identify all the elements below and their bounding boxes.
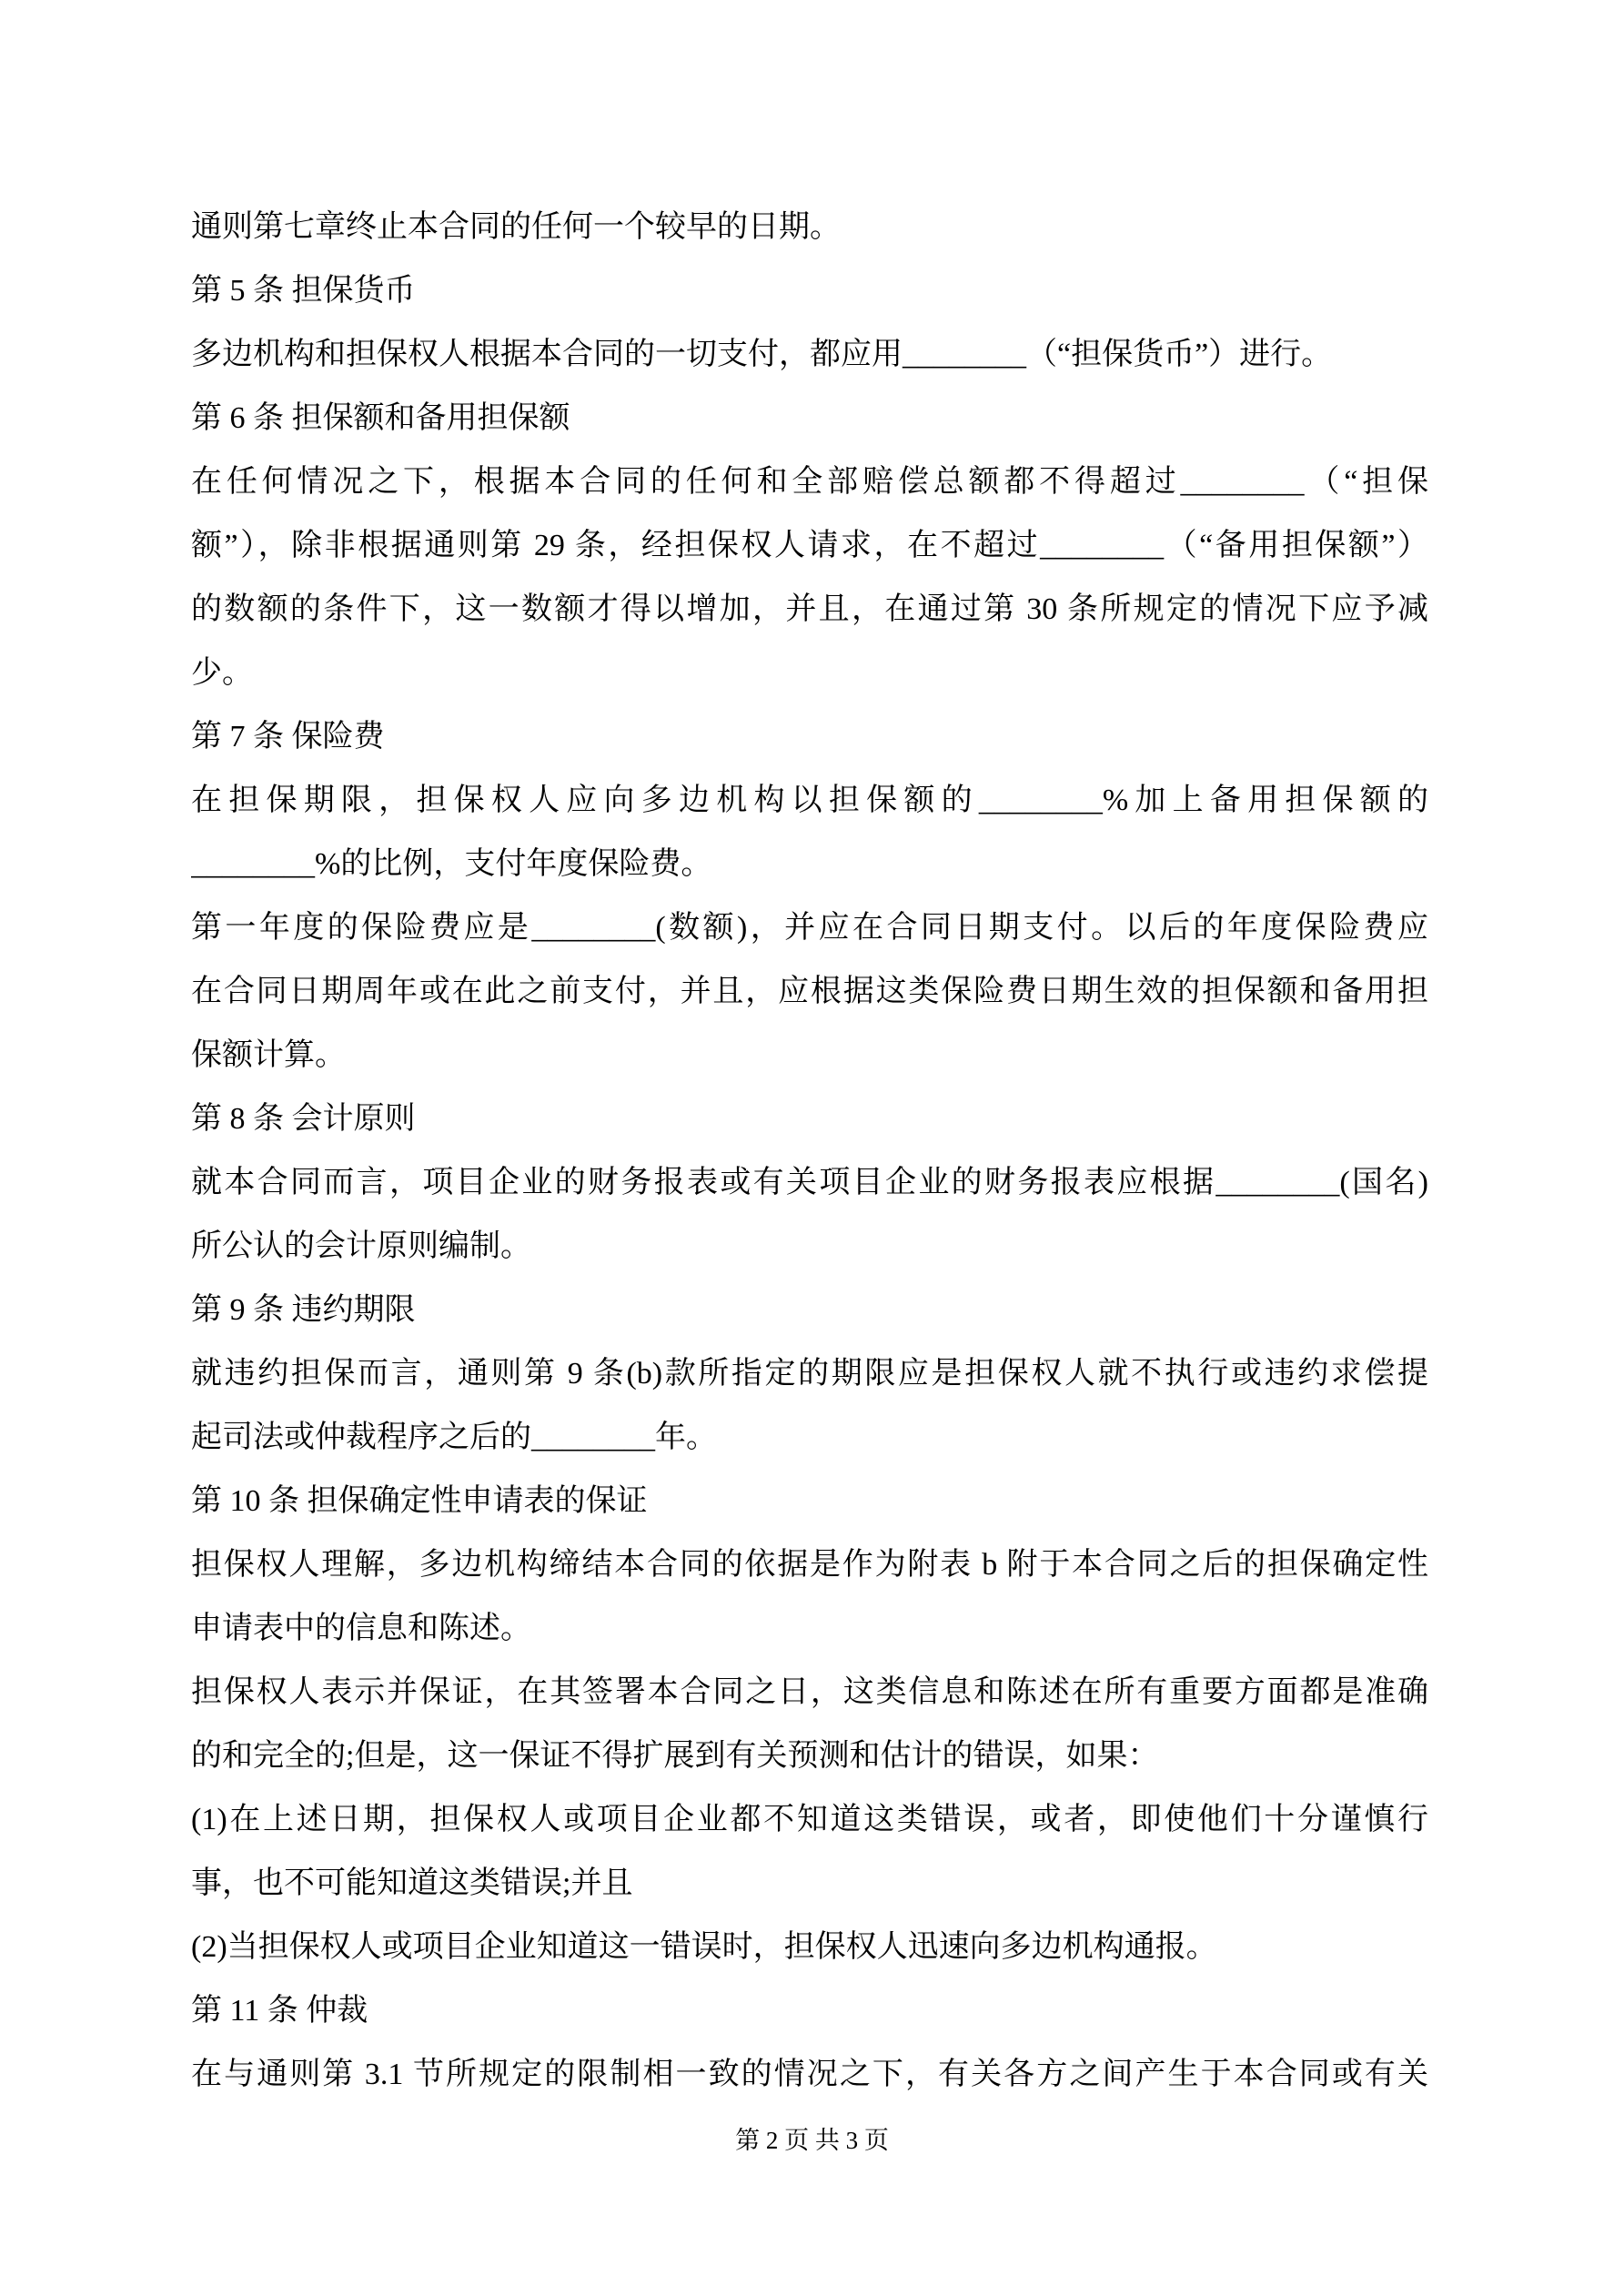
text-line: 在合同日期周年或在此之前支付，并且，应根据这类保险费日期生效的担保额和备用担	[191, 960, 1428, 1024]
text-line: (2)当担保权人或项目企业知道这一错误时，担保权人迅速向多边机构通报。	[191, 1916, 1428, 1979]
text-line: 少。	[191, 642, 1428, 705]
text-line: 第 9 条 违约期限	[191, 1279, 1428, 1342]
page-number: 第 2 页 共 3 页	[0, 2122, 1624, 2159]
text-line: 在任何情况之下，根据本合同的任何和全部赔偿总额都不得超过________（“担保	[191, 450, 1428, 514]
text-line: ________%的比例，支付年度保险费。	[191, 833, 1428, 896]
document-body: 通则第七章终止本合同的任何一个较早的日期。第 5 条 担保货币多边机构和担保权人…	[191, 196, 1428, 2107]
text-line: 第 7 条 保险费	[191, 705, 1428, 769]
text-line: 第 8 条 会计原则	[191, 1087, 1428, 1151]
text-line: 担保权人表示并保证，在其签署本合同之日，这类信息和陈述在所有重要方面都是准确	[191, 1661, 1428, 1725]
text-line: 保额计算。	[191, 1024, 1428, 1087]
text-line: 的和完全的;但是，这一保证不得扩展到有关预测和估计的错误，如果：	[191, 1725, 1428, 1788]
text-line: 就本合同而言，项目企业的财务报表或有关项目企业的财务报表应根据________(…	[191, 1151, 1428, 1215]
text-line: 多边机构和担保权人根据本合同的一切支付，都应用________（“担保货币”）进…	[191, 323, 1428, 387]
document-page: 通则第七章终止本合同的任何一个较早的日期。第 5 条 担保货币多边机构和担保权人…	[0, 0, 1624, 2296]
text-line: 所公认的会计原则编制。	[191, 1215, 1428, 1279]
text-line: 第一年度的保险费应是________(数额)，并应在合同日期支付。以后的年度保险…	[191, 896, 1428, 960]
text-line: 第 6 条 担保额和备用担保额	[191, 387, 1428, 450]
text-line: 第 10 条 担保确定性申请表的保证	[191, 1470, 1428, 1533]
text-line: 申请表中的信息和陈述。	[191, 1597, 1428, 1661]
text-line: 在担保期限，担保权人应向多边机构以担保额的________%加上备用担保额的	[191, 769, 1428, 833]
text-line: 就违约担保而言，通则第 9 条(b)款所指定的期限应是担保权人就不执行或违约求偿…	[191, 1342, 1428, 1406]
text-line: 担保权人理解，多边机构缔结本合同的依据是作为附表 b 附于本合同之后的担保确定性	[191, 1533, 1428, 1597]
text-line: 事，也不可能知道这类错误;并且	[191, 1852, 1428, 1916]
text-line: 第 11 条 仲裁	[191, 1979, 1428, 2043]
text-line: 通则第七章终止本合同的任何一个较早的日期。	[191, 196, 1428, 259]
text-line: 第 5 条 担保货币	[191, 259, 1428, 323]
text-line: (1)在上述日期，担保权人或项目企业都不知道这类错误，或者，即使他们十分谨慎行	[191, 1788, 1428, 1852]
text-line: 额”），除非根据通则第 29 条，经担保权人请求，在不超过________（“备…	[191, 514, 1428, 578]
text-line: 的数额的条件下，这一数额才得以增加，并且，在通过第 30 条所规定的情况下应予减	[191, 578, 1428, 642]
text-line: 在与通则第 3.1 节所规定的限制相一致的情况之下，有关各方之间产生于本合同或有…	[191, 2043, 1428, 2107]
text-line: 起司法或仲裁程序之后的________年。	[191, 1406, 1428, 1470]
